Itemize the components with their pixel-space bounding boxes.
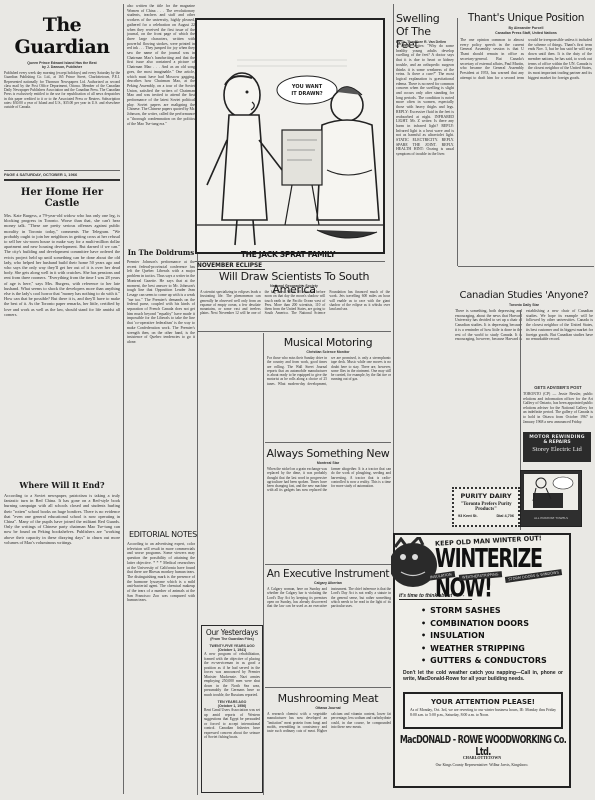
ad-item: STORM SASHES — [421, 605, 547, 618]
article-body: also written the title for the magazine … — [127, 4, 195, 126]
ad-item: COMBINATION DOORS — [421, 618, 547, 631]
ad-item: WEATHER STRIPPING — [421, 643, 547, 656]
article-always-something-new: When the nickel on a grain exchange was … — [267, 467, 391, 562]
article-body: Mrs. Kate Burgess, a 79-year-old widow w… — [4, 213, 120, 317]
article-body: A research chemist with a vegetable manu… — [267, 712, 391, 733]
article-in-the-doldrums: In The Doldrums Premier Johnson's perfor… — [127, 247, 195, 447]
headline: Our Yesterdays — [204, 628, 260, 637]
article-body: Premier Johnson's performance at the rec… — [127, 260, 195, 345]
ad-cartoon: ALL PURPOSE TOWELS — [520, 470, 582, 527]
article-col2-continued: also written the title for the magazine … — [127, 4, 195, 244]
ad-address: 93 Kent St. — [458, 514, 478, 518]
ad-tags: INSULATION WEATHERSTRIPPING STORM DOORS … — [427, 573, 562, 579]
ad-slogan: "Toronto Prefers Purity Products" — [458, 502, 514, 512]
article-body: A Calgary woman, here on Sunday and whet… — [267, 587, 391, 608]
ad-phone: Dial 4,706 — [496, 514, 514, 518]
column-rule — [123, 4, 124, 794]
byline: Toronto Daily Star — [455, 303, 593, 307]
headline: Musical Motoring — [265, 336, 391, 349]
masthead-title: The Guardian — [4, 14, 120, 58]
column-rule — [393, 4, 394, 534]
article-where-will-it-end: Where Will It End? According to a Soviet… — [4, 478, 120, 796]
masthead-body: Published every week day morning (except… — [4, 71, 120, 169]
ad-motor-rewinding: MOTOR REWINDING & REPAIRS Storey Electri… — [523, 432, 591, 462]
section-body: A new program of rehabilitation, framed … — [204, 652, 260, 697]
divider — [4, 170, 120, 171]
divider — [265, 442, 391, 443]
headline: Canadian Studies 'Anyone? — [455, 290, 593, 301]
article-mushrooming-meat: A research chemist with a vegetable manu… — [267, 712, 391, 796]
column-rule — [263, 333, 264, 795]
ad-winterize: KEEP OLD MAN WINTER OUT! WINTERIZE NOW! … — [393, 533, 571, 788]
ad-line: & REPAIRS — [523, 440, 591, 445]
ad-cta: Don't let the cold weather catch you nap… — [403, 670, 563, 682]
ad-contact: 93 Kent St. Dial 4,706 — [454, 514, 518, 518]
byline: (From The Guardian Files) — [204, 637, 260, 641]
article-canadian-studies: There is something, both depressing and … — [455, 309, 593, 394]
byline: Ottawa Journal — [265, 706, 391, 710]
ad-illustration: ALL PURPOSE TOWELS — [521, 471, 581, 526]
article-body: According to a Soviet newspaper, patriot… — [4, 493, 120, 545]
masthead-publisher: by J. Dawson, Publisher — [4, 65, 120, 69]
editorial-notes-column: According to an advertising expert, colo… — [127, 542, 195, 603]
article-body: A reader writes: "Why do some healthy yo… — [396, 44, 454, 157]
headline: Always Something New — [265, 447, 391, 460]
divider — [458, 266, 594, 267]
headline: Mushrooming Meat — [265, 692, 391, 705]
dateline: PAGE 4 SATURDAY, OCTOBER 1, 1966 — [4, 172, 120, 177]
ad-city: CHARLOTTETOWN — [395, 755, 569, 760]
svg-text:ALL PURPOSE TOWELS: ALL PURPOSE TOWELS — [534, 516, 568, 520]
byline: Christian Science Monitor — [265, 350, 391, 354]
section-body: Rent Canal Users Association was set up … — [204, 708, 260, 740]
headline: An Executive Instrument — [265, 568, 391, 580]
ad-item: GUTTERS & CONDUCTORS — [421, 655, 547, 668]
article-musical-motoring: For those who miss their Sunday drive in… — [267, 356, 391, 440]
divider — [197, 331, 391, 332]
article-november-eclipse: A scientist specializing in eclipses lea… — [200, 290, 390, 330]
article-body: A scientist specializing in eclipses lea… — [200, 290, 390, 316]
notice-title: YOUR ATTENTION PLEASE! — [405, 698, 561, 706]
svg-text:IT DRAWN?: IT DRAWN? — [291, 91, 322, 97]
column-rule — [457, 18, 458, 266]
our-yesterdays-box: Our Yesterdays (From The Guardian Files)… — [201, 625, 263, 793]
divider — [265, 687, 391, 688]
ad-item-list: STORM SASHES COMBINATION DOORS INSULATIO… — [421, 605, 547, 668]
ad-purity-dairy: PURITY DAIRY "Toronto Prefers Purity Pro… — [452, 487, 520, 527]
article-executive-instrument: A Calgary woman, here on Sunday and whet… — [267, 587, 391, 685]
winter-mascot-icon — [391, 537, 441, 592]
article-body: When the nickel on a grain exchange was … — [267, 467, 391, 493]
article-body: TORONTO (CP) — Jessie Bessler, public re… — [523, 392, 593, 424]
headline: Thant's Unique Position — [460, 12, 592, 24]
article-body: The one opinion common to almost every p… — [460, 38, 592, 80]
ad-name: PURITY DAIRY — [454, 492, 518, 500]
ad-item: INSULATION — [421, 630, 547, 643]
divider — [4, 179, 120, 181]
headline: EDITORIAL NOTES — [129, 530, 257, 539]
headline: Her Home Her Castle — [4, 187, 120, 209]
cartoon-caption: THE JACK SPRAT FAMILY — [195, 250, 381, 259]
article-body: According to an advertising expert, colo… — [127, 542, 195, 603]
cartoon-illustration: YOU WANT IT DRAWN? — [197, 20, 383, 252]
masthead: The Guardian Queen Prince Edward Island … — [4, 4, 120, 169]
byline: By Alexander Purcell — [460, 26, 592, 30]
svg-text:YOU WANT: YOU WANT — [291, 84, 323, 90]
headline: Where Will It End? — [4, 480, 120, 490]
byline: Canadian Press Staff, United Nations — [460, 31, 592, 35]
divider — [195, 261, 385, 262]
article-body: There is something, both depressing and … — [455, 309, 593, 342]
divider — [265, 564, 391, 565]
byline: National Geographic Society — [197, 284, 391, 288]
ad-rep: Our Kings County Representative: Wilbur … — [395, 763, 569, 767]
headline: GETS ADVISER'S POST — [523, 385, 593, 390]
article-thants-position: The one opinion common to almost every p… — [460, 38, 592, 264]
article-body: For those who miss their Sunday drive in… — [267, 356, 391, 386]
article-swelling-feet: By Dr. Theodore R. Van Dellen A reader w… — [396, 40, 454, 530]
ad-notice-box: YOUR ATTENTION PLEASE! As of Monday, Oct… — [403, 692, 563, 729]
byline: Montreal Star — [265, 461, 391, 465]
ad-company: MacDONALD - ROWE WOODWORKING Co. Ltd. — [397, 734, 569, 757]
byline: Calgary Albertan — [265, 581, 391, 585]
cartoon-jack-sprat: YOU WANT IT DRAWN? — [195, 18, 385, 254]
notice-body: As of Monday, Oct. 3rd, we are reverting… — [410, 708, 556, 717]
kicker-november-eclipse: NOVEMBER ECLIPSE — [197, 263, 265, 270]
article-her-home: Her Home Her Castle Mrs. Kate Burgess, a… — [4, 183, 120, 473]
ad-intro: it's time to think about - - - - — [399, 593, 472, 600]
headline: In The Doldrums — [127, 248, 195, 257]
ad-company: Storey Electric Ltd — [523, 446, 591, 453]
